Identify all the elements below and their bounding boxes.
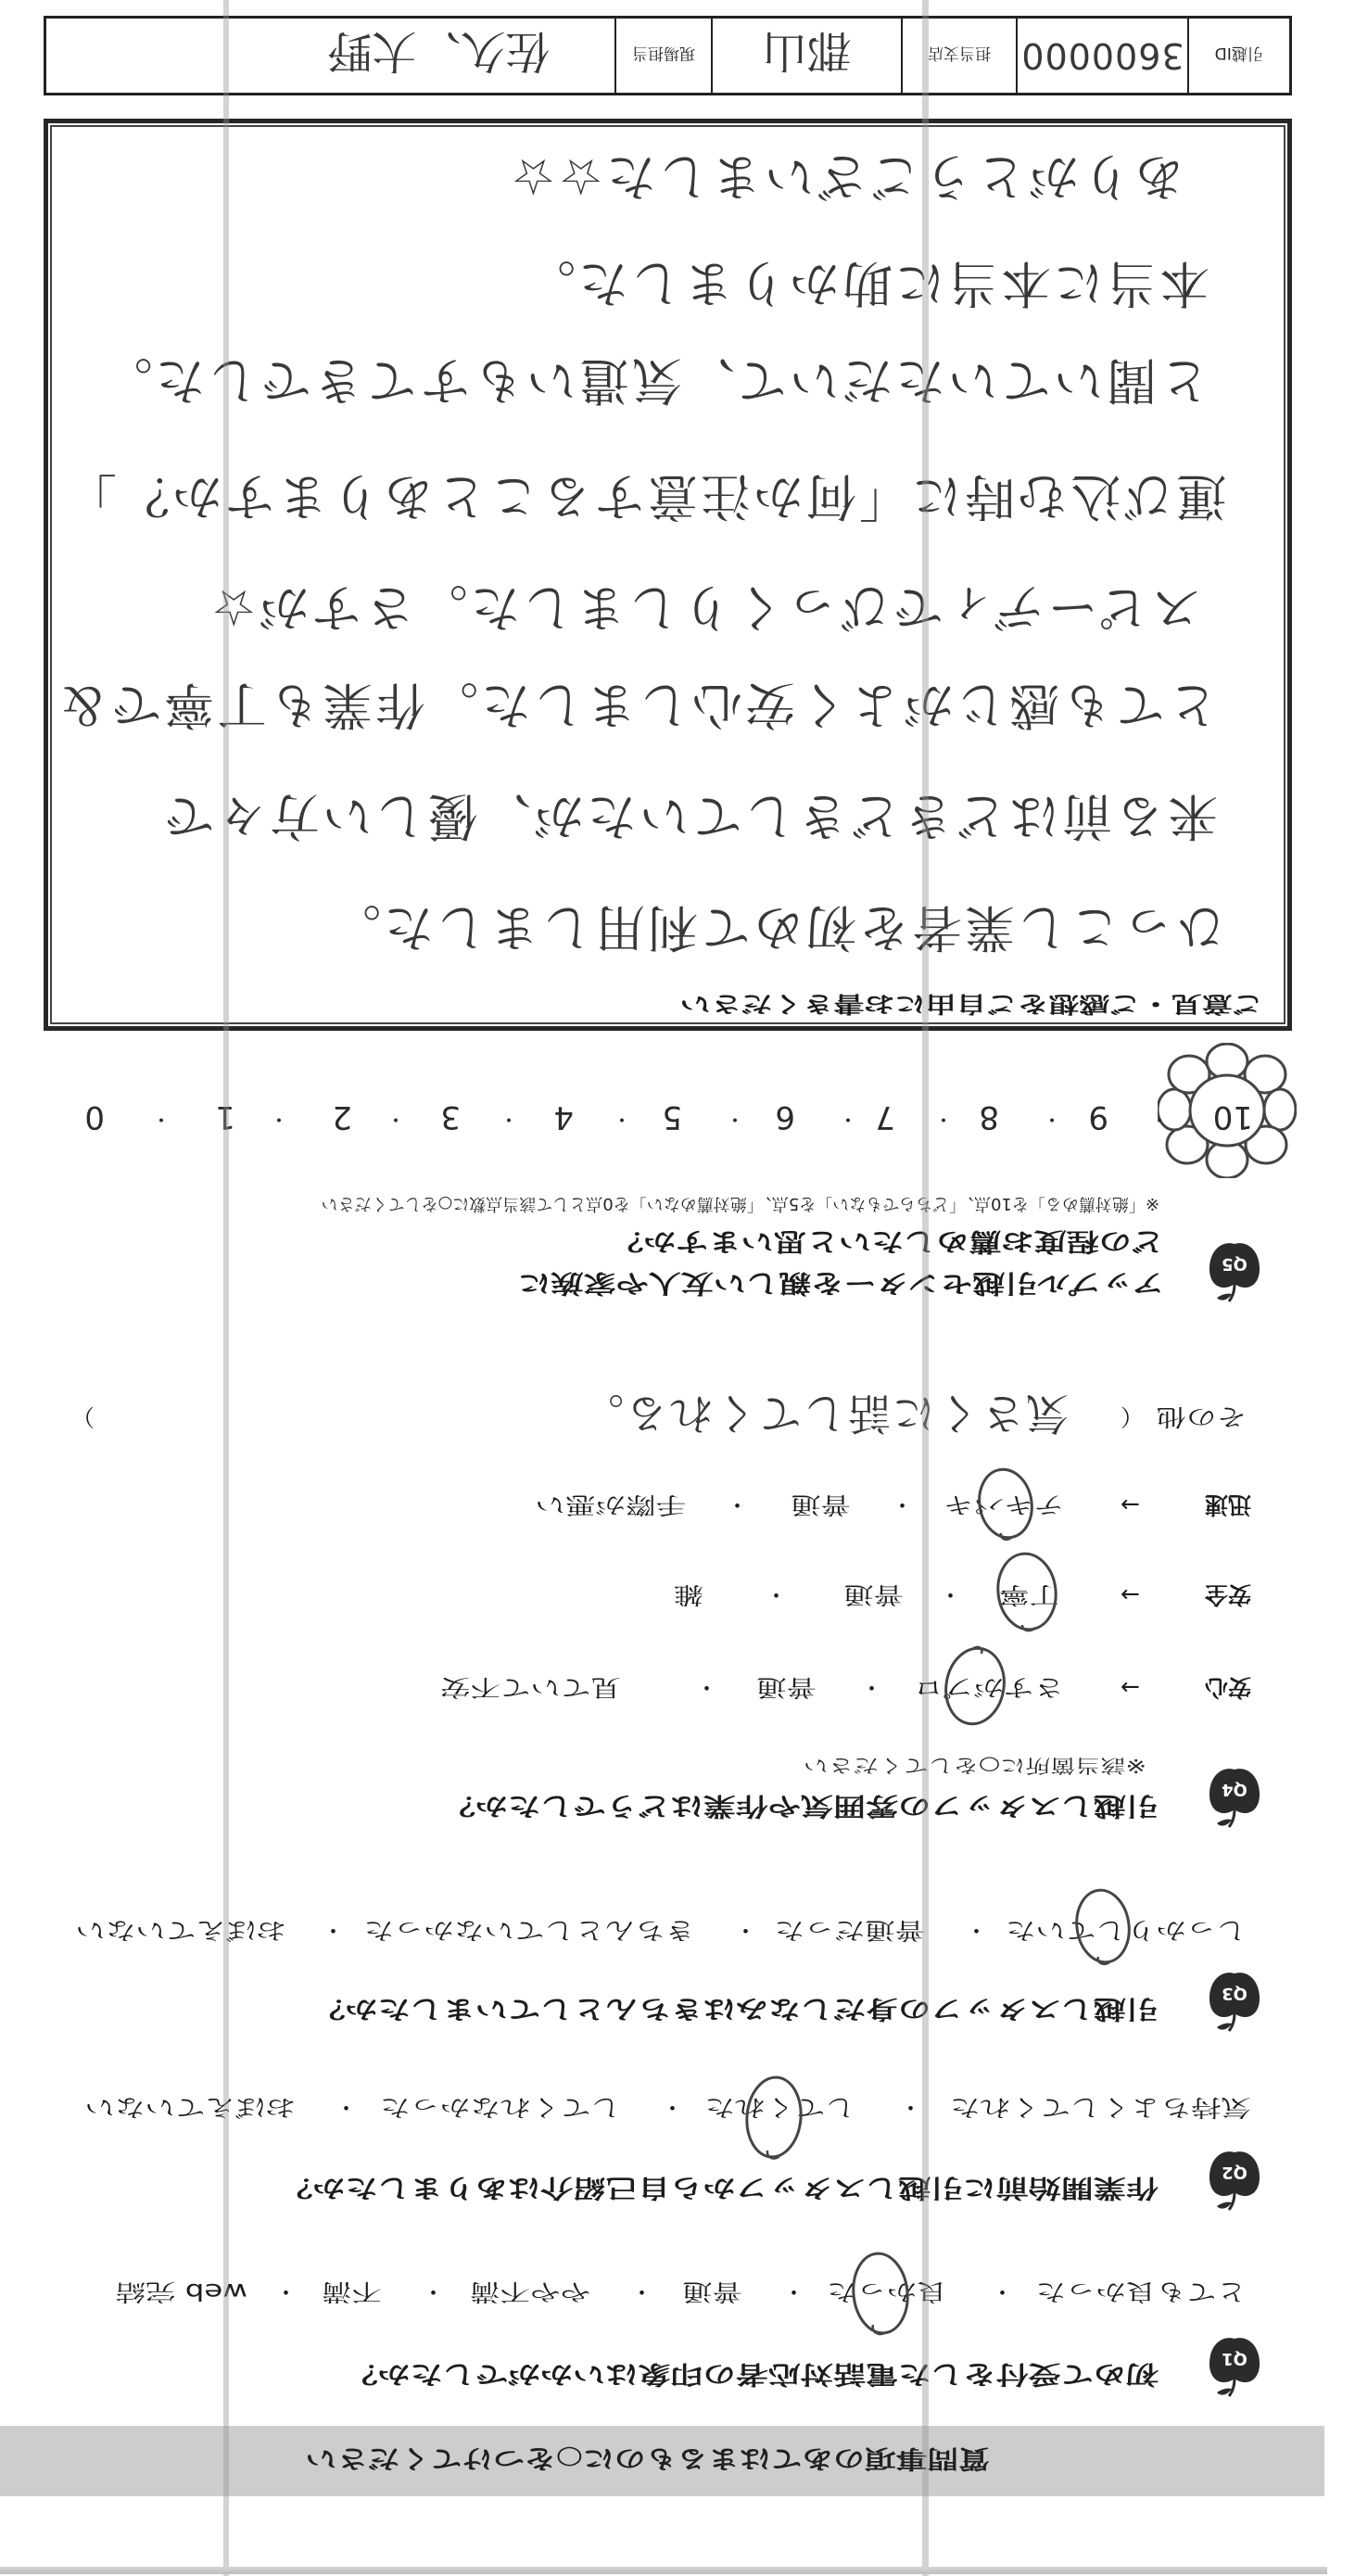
separator-dot: ・ [499,1108,519,1128]
separator-dot: ・ [274,2280,298,2303]
separator-dot: ・ [933,1108,954,1128]
instruction-bar: 質問事項のあてはまるものに○をつけてください [0,2426,1324,2496]
separator-dot: ・ [726,1493,749,1516]
apple-badge-q1-icon: Q1 [1207,2334,1262,2399]
separator-dot: ・ [335,2096,358,2119]
handwritten-comment-line-6: と聞いていただいて、気遣いもすてきでした。 [99,355,1209,405]
staff-label: 現場担当 [632,44,695,68]
q5-score-5: 5 [662,1101,682,1133]
handwritten-comment-line-7: 本当に本当に助かりました。 [523,258,1209,308]
q4-speed-option-clumsy: 手際が悪い [535,1493,686,1516]
q4-safety-selection-circle [991,1549,1061,1634]
q4-other-label: その他 [1156,1405,1247,1428]
separator-dot: ・ [838,1108,858,1128]
q5-score-2: 2 [332,1101,352,1133]
q5-score-10: 10 [1213,1101,1253,1133]
q4-other-close-paren: ） [71,1405,95,1428]
handwritten-comment-line-8: ありがとうございました☆☆ [508,151,1184,201]
apple-badge-q5-icon: Q5 [1207,1239,1262,1304]
separator-dot: ・ [965,1919,988,1942]
separator-dot: ・ [991,2280,1014,2303]
separator-dot: ・ [765,1583,788,1606]
q5-note: ※「絶対薦める」を10点、「どちらでもない」を5点、「絶対薦めない」を0点として… [322,1195,1159,1212]
badge-label: Q5 [1222,1254,1247,1274]
apple-badge-q3-icon: Q3 [1207,1969,1262,2034]
separator-dot: ・ [939,1583,962,1606]
q4-reassurance-option-average: 普通 [756,1676,817,1699]
separator-dot: ・ [269,1108,289,1128]
q4-row-label-reassurance: 安心 [1205,1676,1251,1699]
arrow-right-icon: → [1121,1583,1140,1606]
q5-question-line2: どの程度お薦めしたいと思いますか？ [611,1228,1164,1253]
q1-question-text: 初めて受付をした電話対応者の印象はいかがでしたか？ [346,2361,1159,2386]
handwritten-comment-line-1: ひっこし業者を初めて利用しました。 [328,902,1226,952]
staff-value-cell: 佐久、大野 [46,19,614,93]
staff-value: 佐久、大野 [327,24,550,88]
q1-selection-circle [847,2249,912,2338]
badge-label: Q4 [1222,1780,1247,1799]
q1-option-average: 普通 [682,2280,742,2303]
separator-dot: ・ [386,1108,406,1128]
q5-score-7: 7 [875,1101,895,1133]
q3-option-average: 普通だった [774,1919,925,1942]
scanner-streak-line [223,0,229,2576]
branch-value: 郡山 [762,24,851,88]
q2-option-pleasant-intro: 気持ちよくしてくれた [950,2096,1251,2119]
q5-score-3: 3 [440,1101,461,1133]
paper-edge-shadow [0,2567,1327,2574]
arrow-right-icon: → [1121,1493,1140,1516]
separator-dot: ・ [612,1108,632,1128]
move-id-label-cell: 引越ID [1187,19,1289,93]
branch-label-cell: 担当支店 [901,19,1016,93]
separator-dot: ・ [899,2096,922,2119]
separator-dot: ・ [630,2280,653,2303]
badge-label: Q2 [1222,2163,1247,2182]
instruction-text: 質問事項のあてはまるものに○をつけてください [305,2443,989,2480]
q2-question-text: 作業開始前に引越しスタッフから自己紹介はありましたか？ [280,2175,1159,2200]
q3-option-dont-remember: おぼえていない [75,1919,286,1942]
q4-note: ※該当箇所に○をしてください [804,1757,1146,1775]
scanner-streak-line [922,0,929,2576]
q5-score-4: 4 [553,1101,574,1133]
q1-option-very-good: とても良かった [1035,2280,1247,2303]
q2-selection-circle [741,2073,805,2162]
separator-dot: ・ [661,2096,684,2119]
scanned-survey-sheet: 質問事項のあてはまるものに○をつけてください Q1 初めて受付をした電話対応者の… [0,0,1355,2576]
branch-value-cell: 郡山 [711,19,901,93]
q4-safety-option-rough: 雑 [673,1583,703,1606]
branch-label: 担当支店 [928,44,991,68]
separator-dot: ・ [151,1108,171,1128]
q4-speed-option-average: 普通 [791,1493,851,1516]
handwritten-comment-line-2: 来る前はどきどきしていたが、優しい方々で [161,791,1218,841]
handwritten-comment-line-3: とても感じがよく安心しました。作業も丁寧で＆ [56,679,1218,730]
q4-other-open-paren: （ [1121,1405,1144,1428]
separator-dot: ・ [891,1493,914,1516]
move-id-label: 引越ID [1215,44,1263,68]
q4-row-label-safety: 安全 [1205,1583,1251,1606]
q3-question-text: 引越しスタッフの身だしなみはきちんとしていましたか？ [312,1996,1159,2021]
handwritten-comment-line-4: スピーディでびっくりしました。さすが☆ [209,582,1201,632]
badge-label: Q1 [1222,2349,1247,2368]
separator-dot: ・ [422,2280,445,2303]
separator-dot: ・ [860,1676,883,1699]
q4-reassurance-selection-circle [939,1643,1009,1729]
q1-option-somewhat-dissatisfied: やや不満 [470,2280,590,2303]
q4-speed-selection-circle [973,1465,1036,1542]
separator-dot: ・ [695,1676,718,1699]
q4-row-label-speed: 迅速 [1205,1493,1251,1516]
q1-option-dissatisfied: 不満 [322,2280,382,2303]
staff-label-cell: 現場担当 [614,19,711,93]
separator-dot: ・ [322,1919,345,1942]
badge-label: Q3 [1222,1984,1247,2003]
q4-safety-option-average: 普通 [843,1583,904,1606]
survey-page-rotated: 質問事項のあてはまるものに○をつけてください Q1 初めて受付をした電話対応者の… [0,0,1355,2576]
apple-badge-q2-icon: Q2 [1207,2148,1262,2213]
q5-score-9: 9 [1088,1101,1108,1133]
q5-question-line1: アップル引越センターを親しい友人や家族に [518,1270,1164,1295]
q4-other-handwritten-answer: 気さくに話してくれる。 [579,1392,1069,1435]
move-id-value-cell: 3600000 [1016,19,1186,93]
apple-badge-q4-icon: Q4 [1207,1765,1262,1830]
q5-score-6: 6 [775,1101,795,1133]
q5-score-8: 8 [979,1101,999,1133]
q4-question-text: 引越しスタッフの雰囲気や作業はどうでしたか？ [443,1793,1159,1818]
q4-reassurance-option-uneasy: 見ていて不安 [440,1676,621,1699]
separator-dot: ・ [734,1919,757,1942]
q3-option-not-neat: きちんとしていなかった [363,1919,695,1942]
separator-dot: ・ [782,2280,805,2303]
move-id-value: 3600000 [1020,35,1184,76]
q3-selection-circle [1070,1885,1133,1967]
arrow-right-icon: → [1121,1676,1140,1699]
handwritten-comment-line-5: 運び込む時に「何か注意することありますか？」 [64,471,1226,521]
move-info-table: 引越ID 3600000 担当支店 郡山 現場担当 佐久、大野 [44,16,1292,95]
comment-box-label: ご意見・ご感想をご自由にお書きください [680,993,1263,1015]
q2-option-no-intro: してくれなかった [380,2096,621,2119]
separator-dot: ・ [1149,1108,1170,1128]
q2-option-dont-remember: おぼえていない [84,2096,296,2119]
separator-dot: ・ [1042,1108,1062,1128]
q5-score-0: 0 [84,1101,105,1133]
separator-dot: ・ [725,1108,745,1128]
